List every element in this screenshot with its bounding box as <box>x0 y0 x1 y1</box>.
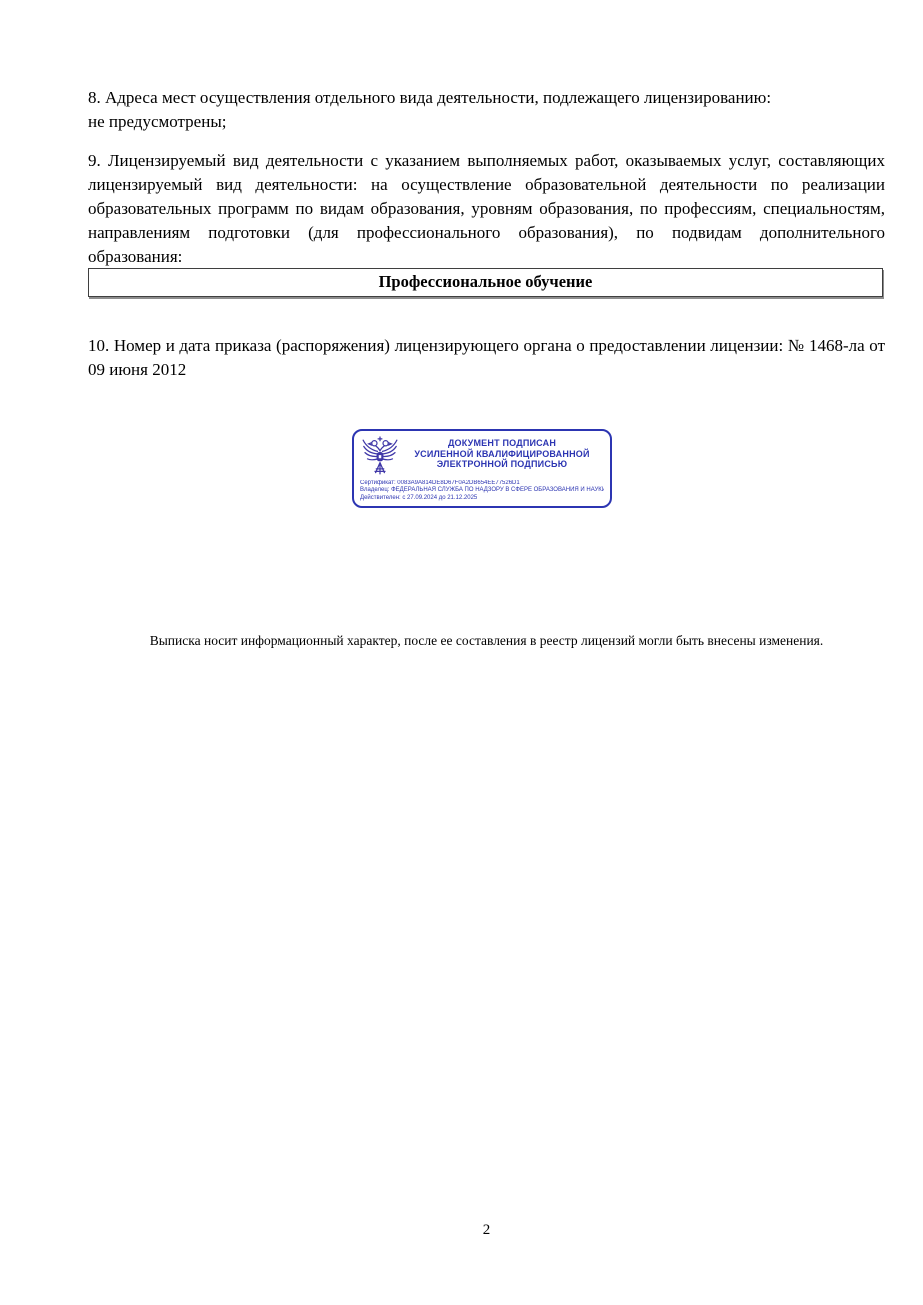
table-row: Профессиональное обучение <box>89 269 882 296</box>
russian-coat-of-arms-icon <box>360 435 400 479</box>
stamp-owner-line: Владелец: ФЕДЕРАЛЬНАЯ СЛУЖБА ПО НАДЗОРУ … <box>360 487 604 494</box>
informational-note: Выписка носит информационный характер, п… <box>88 632 885 649</box>
item10-text: 10. Номер и дата приказа (распоряжения) … <box>88 336 885 379</box>
stamp-title-line2: УСИЛЕННОЙ КВАЛИФИЦИРОВАННОЙ <box>400 449 604 460</box>
stamp-details: Сертификат: 0083A9A814DE8D67F0A2DB654EE7… <box>360 480 604 502</box>
document-page: { "document": { "item8": { "line1": "8. … <box>0 0 923 1305</box>
section-item-8: 8. Адреса мест осуществления отдельного … <box>88 86 885 134</box>
item8-line2: не предусмотрены; <box>88 110 885 134</box>
stamp-certificate-line: Сертификат: 0083A9A814DE8D67F0A2DB654EE7… <box>360 480 604 487</box>
item9-text: 9. Лицензируемый вид деятельности с указ… <box>88 151 885 266</box>
stamp-header-row: ДОКУМЕНТ ПОДПИСАН УСИЛЕННОЙ КВАЛИФИЦИРОВ… <box>360 435 604 479</box>
stamp-title-line3: ЭЛЕКТРОННОЙ ПОДПИСЬЮ <box>400 459 604 470</box>
stamp-title: ДОКУМЕНТ ПОДПИСАН УСИЛЕННОЙ КВАЛИФИЦИРОВ… <box>400 438 604 470</box>
section-item-10: 10. Номер и дата приказа (распоряжения) … <box>88 334 885 382</box>
stamp-validity-line: Действителен: с 27.09.2024 до 21.12.2025 <box>360 495 604 502</box>
section-item-9: 9. Лицензируемый вид деятельности с указ… <box>88 149 885 269</box>
license-activity-table: Профессиональное обучение <box>88 268 883 297</box>
item8-line1: 8. Адреса мест осуществления отдельного … <box>88 86 885 110</box>
stamp-title-line1: ДОКУМЕНТ ПОДПИСАН <box>400 438 604 449</box>
page-number: 2 <box>88 1222 885 1239</box>
electronic-signature-stamp: ДОКУМЕНТ ПОДПИСАН УСИЛЕННОЙ КВАЛИФИЦИРОВ… <box>352 429 612 508</box>
